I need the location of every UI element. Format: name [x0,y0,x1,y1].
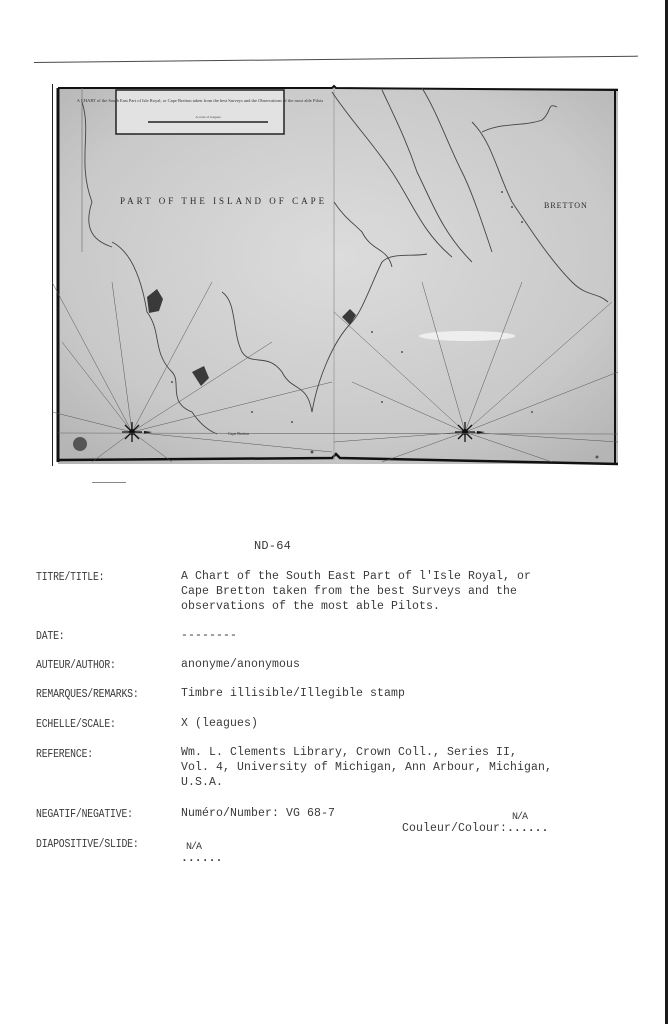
negative-label: NEGATIF/NEGATIVE: [36,808,133,821]
slide-field: N/A...... [181,836,222,866]
top-rule [34,56,638,63]
map-label-left: PART OF THE ISLAND OF CAPE [120,196,327,206]
reference-value: Wm. L. Clements Library, Crown Coll., Se… [181,745,552,790]
title-label: TITRE/TITLE: [36,571,104,584]
map-label-right: BRETTON [544,201,588,210]
colour-label: Couleur/Colour: [402,822,507,835]
map-image: A CHART of the South East Part of Isle R… [52,82,620,468]
title-value: A Chart of the South East Part of l'Isle… [181,569,531,614]
slide-label: DIAPOSITIVE/SLIDE: [36,838,139,851]
remarks-value: Timbre illisible/Illegible stamp [181,686,405,701]
scale-caption: A scale of leagues [195,115,221,119]
remarks-label: REMARQUES/REMARKS: [36,688,139,701]
colour-field: Couleur/Colour:N/A...... [402,806,548,836]
date-value: -------- [181,628,237,643]
scale-value: X (leagues) [181,716,258,731]
author-value: anonyme/anonymous [181,657,300,672]
scale-label: ECHELLE/SCALE: [36,718,116,731]
slide-value: N/A...... [181,851,222,866]
colour-value: N/A...... [507,821,548,836]
reference-label: REFERENCE: [36,748,93,761]
negative-number: Numéro/Number: VG 68-7 [181,806,335,821]
author-label: AUTEUR/AUTHOR: [36,659,116,672]
map-place-label: Cape Bretton [228,431,249,436]
date-label: DATE: [36,630,64,643]
scan-mark [92,482,126,483]
catalog-id: ND-64 [254,539,291,553]
